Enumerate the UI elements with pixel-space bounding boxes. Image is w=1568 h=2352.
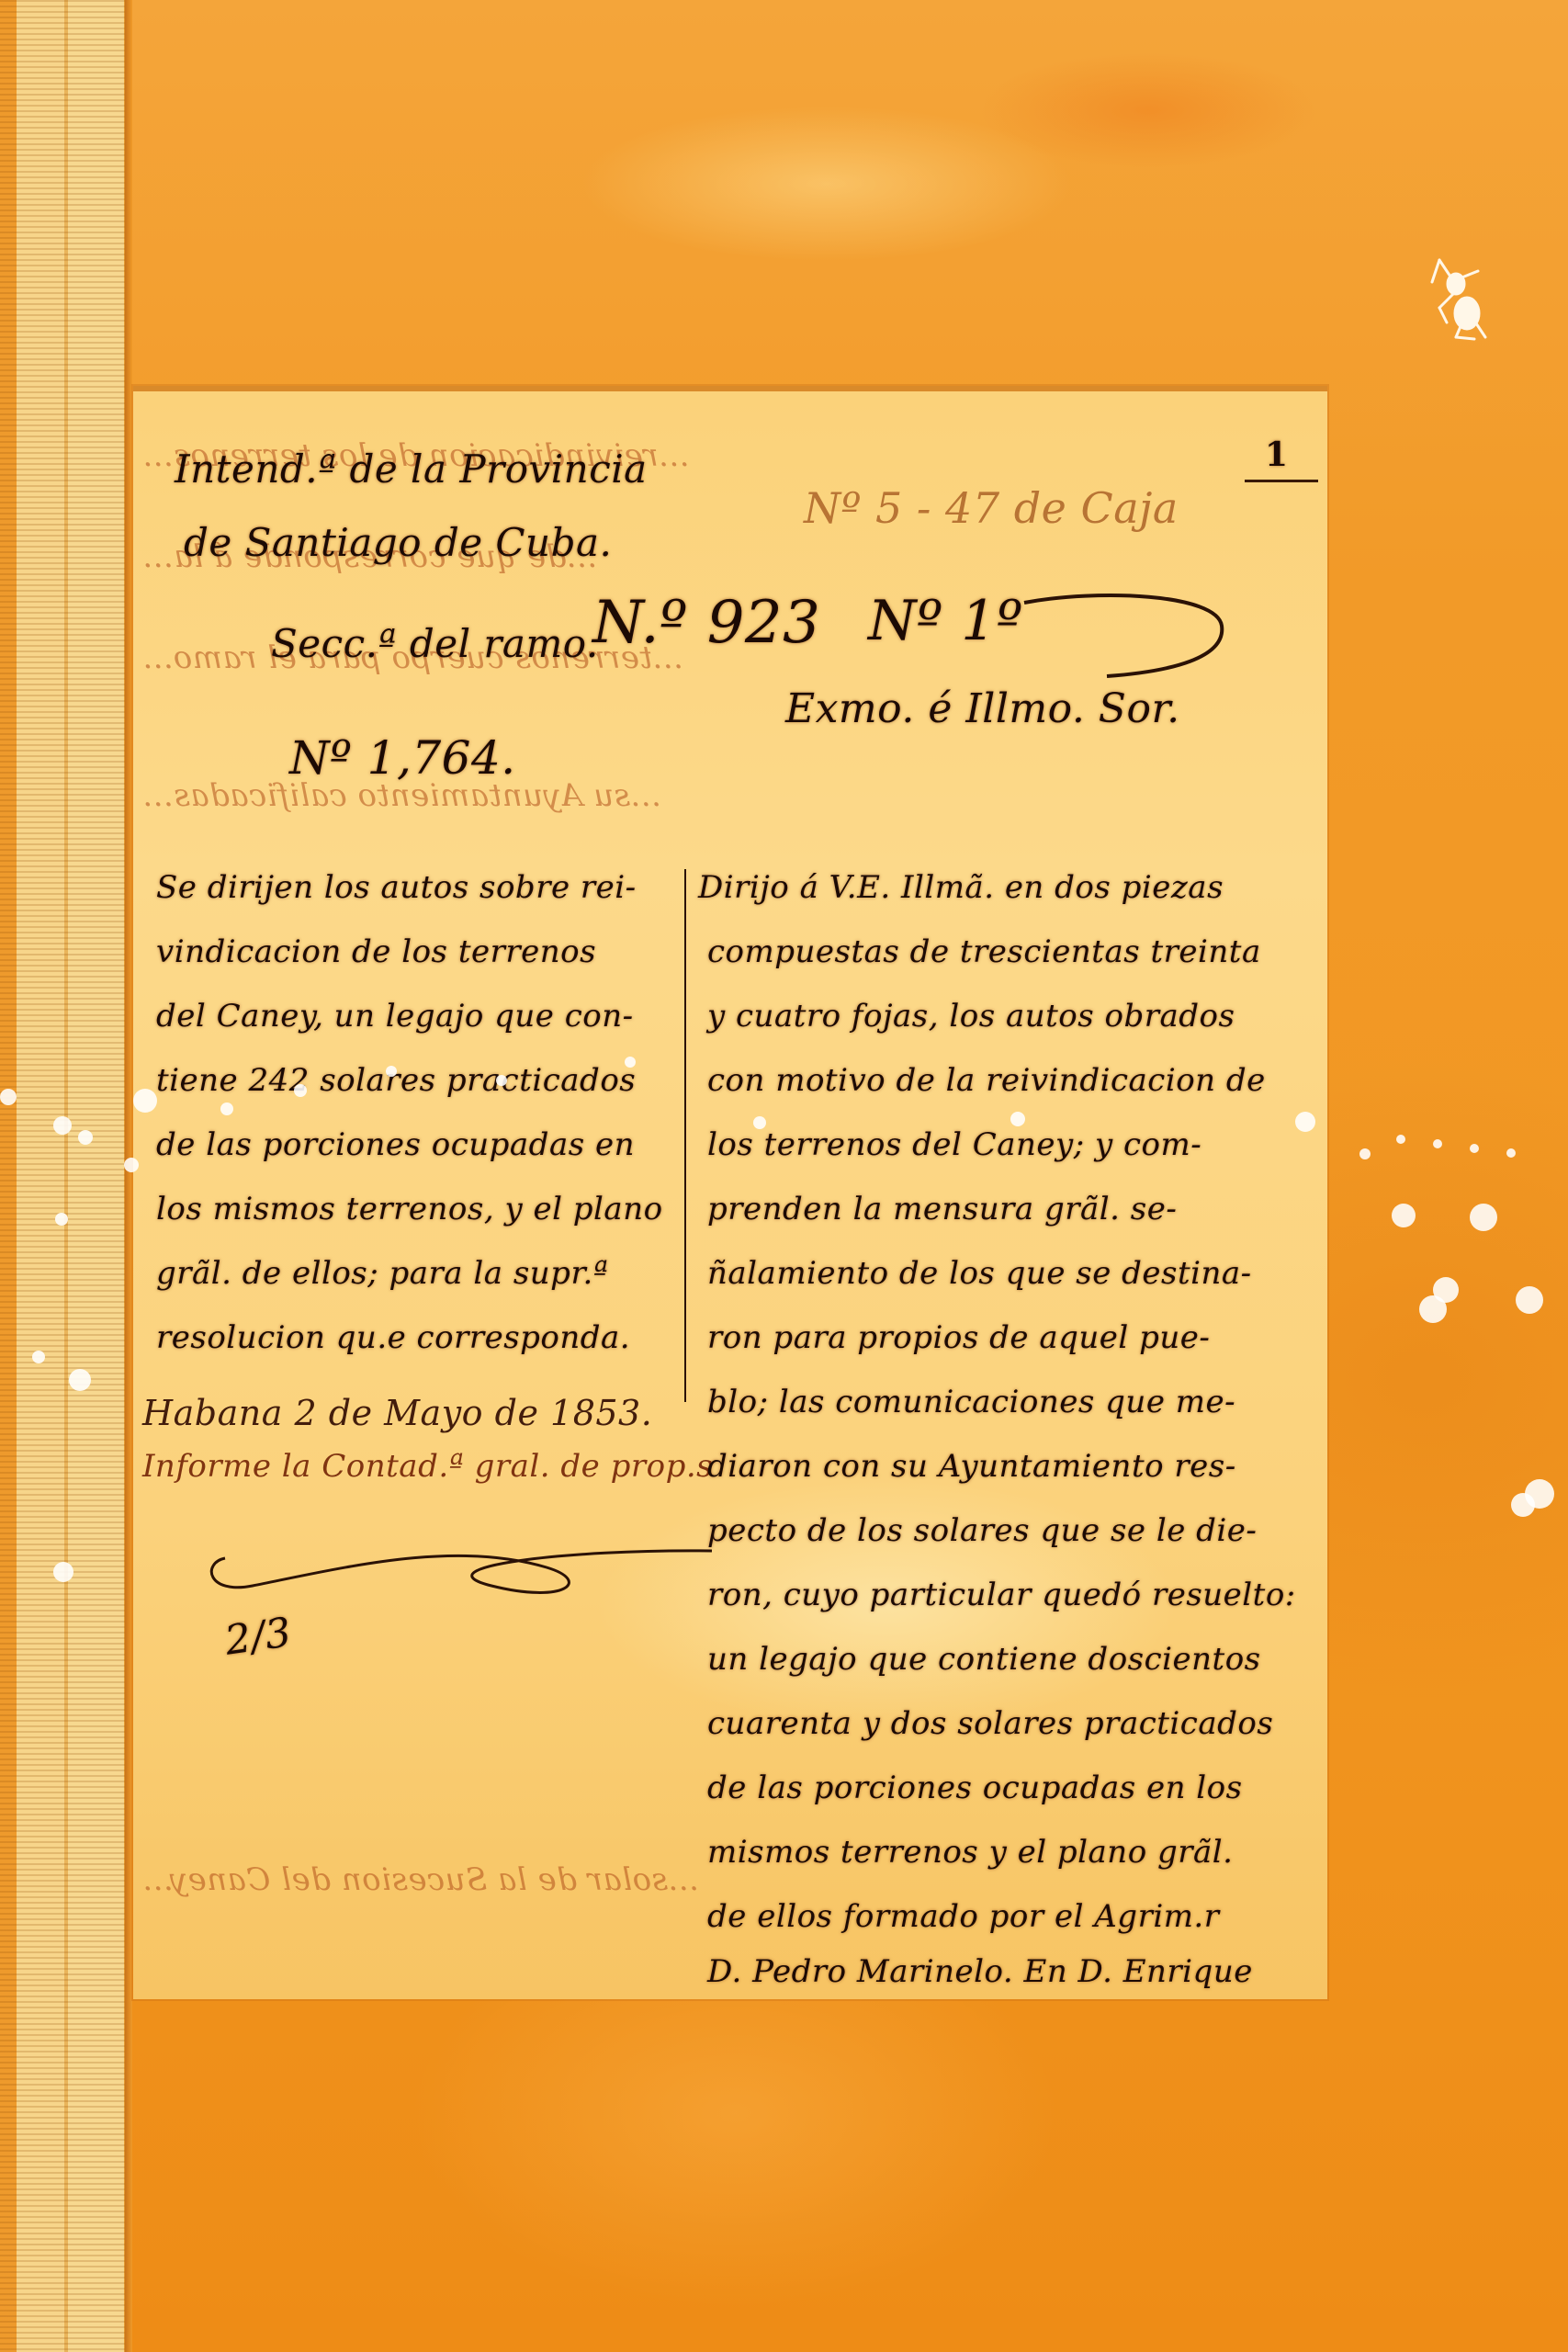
letter-line: con motivo de la reivindicacion de (707, 1062, 1266, 1099)
archival-note: Nº 5 - 47 de Caja (804, 483, 1179, 533)
file-number: Nº 1,764. (289, 731, 516, 785)
letter-line: blo; las comunicaciones que me- (707, 1384, 1235, 1420)
letter-line: mismos terrenos y el plano grãl. (707, 1834, 1233, 1871)
letter-line: compuestas de trescientas treinta (707, 933, 1261, 970)
record-flourish (1015, 584, 1254, 685)
letter-line: pecto de los solares que se le die- (707, 1512, 1257, 1549)
header-intendencia: Intend.ª de la Provincia (175, 447, 648, 492)
summary-line: Se dirijen los autos sobre rei- (156, 869, 637, 906)
summary-line: de las porciones ocupadas en (156, 1126, 635, 1163)
letter-line: diaron con su Ayuntamiento res- (707, 1448, 1236, 1485)
letter-line: Dirijo á V.E. Illmã. en dos piezas (698, 869, 1224, 906)
header-santiago: de Santiago de Cuba. (184, 520, 612, 565)
summary-line: del Caney, un legajo que con- (156, 998, 634, 1035)
letter-line: D. Pedro Marinelo. En D. Enrique (707, 1953, 1253, 1990)
ant-icon (1419, 253, 1493, 345)
letter-line: de ellos formado por el Agrim.r (707, 1898, 1220, 1935)
summary-line: vindicacion de los terrenos (156, 933, 596, 970)
signature-flourish (197, 1531, 712, 1613)
letter-line: los terrenos del Caney; y com- (707, 1126, 1201, 1163)
spine-edge (125, 0, 132, 2352)
letter-line: prenden la mensura grãl. se- (707, 1191, 1177, 1227)
summary-line: grãl. de ellos; para la supr.ª (156, 1255, 608, 1292)
cloth-spine-binding (0, 0, 129, 2352)
letter-line: cuarenta y dos solares practicados (707, 1705, 1273, 1742)
letter-line: ron para propios de aquel pue- (707, 1319, 1210, 1356)
record-number: N.º 923 (592, 589, 820, 657)
record-suffix: Nº 1º (868, 589, 1023, 653)
date-line: Habana 2 de Mayo de 1853. (142, 1393, 652, 1433)
summary-line: los mismos terrenos, y el plano (156, 1191, 663, 1227)
letter-line: un legajo que contiene doscientos (707, 1641, 1261, 1678)
column-divider (684, 869, 686, 1402)
letter-line: de las porciones ocupadas en los (707, 1770, 1243, 1806)
letter-line: ron, cuyo particular quedó resuelto: (707, 1577, 1296, 1613)
folio-number: 1 (1265, 435, 1289, 474)
letter-line: y cuatro fojas, los autos obrados (707, 998, 1235, 1035)
letter-line: ñalamiento de los que se destina- (707, 1255, 1252, 1292)
summary-line: resolucion qu.e corresponda. (156, 1319, 630, 1356)
decree-line: Informe la Contad.ª gral. de prop.s (142, 1448, 713, 1485)
header-seccion: Secc.ª del ramo. (271, 621, 599, 666)
salutation: Exmo. é Illmo. Sor. (785, 685, 1180, 732)
page-fraction: 2/3 (222, 1609, 295, 1665)
folio-underline (1245, 480, 1318, 482)
manuscript-sheet: ...reivindicacion de los terrenos... ...… (133, 386, 1327, 1999)
bleed-through-line: ...solar de la Sucesion del Caney... (142, 1861, 699, 1898)
